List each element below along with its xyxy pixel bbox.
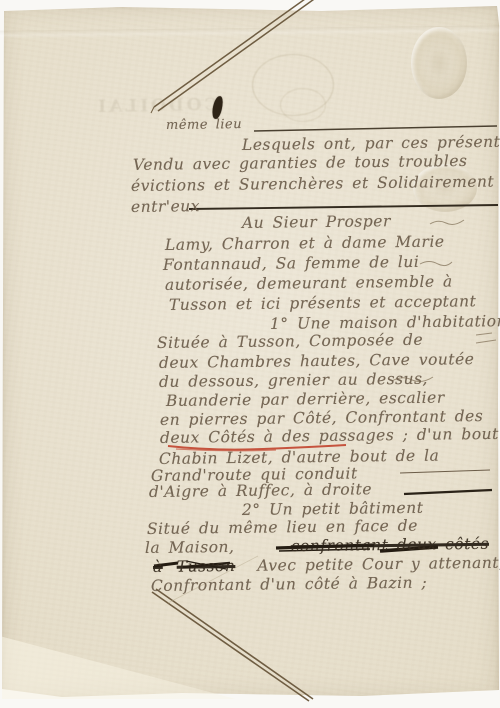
handwriting-text: Lamy, Charron et à dame Marie — [165, 233, 445, 254]
handwriting-text: Avec petite Cour y attenant, — [257, 554, 500, 575]
handwriting-text: Au Sieur Prosper — [242, 212, 391, 232]
manuscript-line: Fontannaud, Sa femme de lui — [163, 253, 419, 274]
manuscript-line: d'Aigre à Ruffec, à droite — [149, 480, 372, 501]
handwriting-text: Fontannaud, Sa femme de lui — [163, 253, 419, 274]
struck-text: à — [153, 558, 163, 576]
handwriting-text: Confrontant d'un côté à Bazin ; — [151, 574, 427, 595]
handwriting-text: Tusson et ici présents et acceptant — [169, 292, 476, 314]
manuscript-text: même lieuLesquels ont, par ces présentes… — [0, 0, 500, 708]
manuscript-line: Tusson et ici présents et acceptant — [169, 292, 476, 314]
manuscript-line: même lieu — [166, 117, 242, 133]
handwriting-text: Vendu avec garanties de tous troubles — [133, 152, 468, 174]
manuscript-line: Vendu avec garanties de tous troubles — [133, 152, 468, 174]
manuscript-line: Buanderie par derrière, escalier — [166, 389, 445, 410]
handwriting-text: Située à Tusson, Composée de — [157, 331, 423, 352]
manuscript-line: entr'eux — [131, 197, 200, 216]
handwriting-text: deux Côtés à des passages ; d'un bout à — [160, 425, 500, 447]
handwriting-text: d'Aigre à Ruffec, à droite — [149, 480, 372, 501]
handwriting-text: Situé du même lieu en face de — [147, 517, 418, 538]
manuscript-line: Lesquels ont, par ces présentes, — [242, 133, 500, 154]
manuscript-line: autorisée, demeurant ensemble à — [165, 272, 453, 294]
struck-text: confrontant deux côtés — [291, 535, 489, 555]
handwriting-text: évictions et Surenchères et Solidairemen… — [131, 173, 494, 195]
document-scan: CODOILAI — [0, 0, 500, 708]
handwriting-text: du dessous, grenier au dessus, — [159, 370, 428, 391]
manuscript-line: Confrontant d'un côté à Bazin ; — [151, 574, 427, 595]
struck-text: Tusson — [177, 557, 236, 576]
handwriting-text: entr'eux — [131, 197, 200, 216]
manuscript-line: Au Sieur Prosper — [242, 212, 391, 232]
manuscript-line: Situé du même lieu en face de — [147, 517, 418, 538]
manuscript-line: du dessous, grenier au dessus, — [159, 370, 428, 391]
handwriting-text: même lieu — [166, 117, 242, 133]
manuscript-line: évictions et Surenchères et Solidairemen… — [131, 173, 494, 195]
manuscript-line: Située à Tusson, Composée de — [157, 331, 423, 352]
handwriting-text: Lesquels ont, par ces présentes, — [242, 133, 500, 154]
handwriting-text: la Maison, — [145, 538, 243, 557]
manuscript-line: àTussonAvec petite Cour y attenant, — [153, 554, 500, 576]
manuscript-line: Lamy, Charron et à dame Marie — [165, 233, 445, 254]
manuscript-line: 1° Une maison d'habitation — [270, 312, 500, 333]
handwriting-text: Buanderie par derrière, escalier — [166, 389, 445, 410]
handwriting-text: autorisée, demeurant ensemble à — [165, 272, 453, 294]
handwriting-text: 1° Une maison d'habitation — [270, 312, 500, 333]
manuscript-line: deux Côtés à des passages ; d'un bout à — [160, 425, 500, 447]
